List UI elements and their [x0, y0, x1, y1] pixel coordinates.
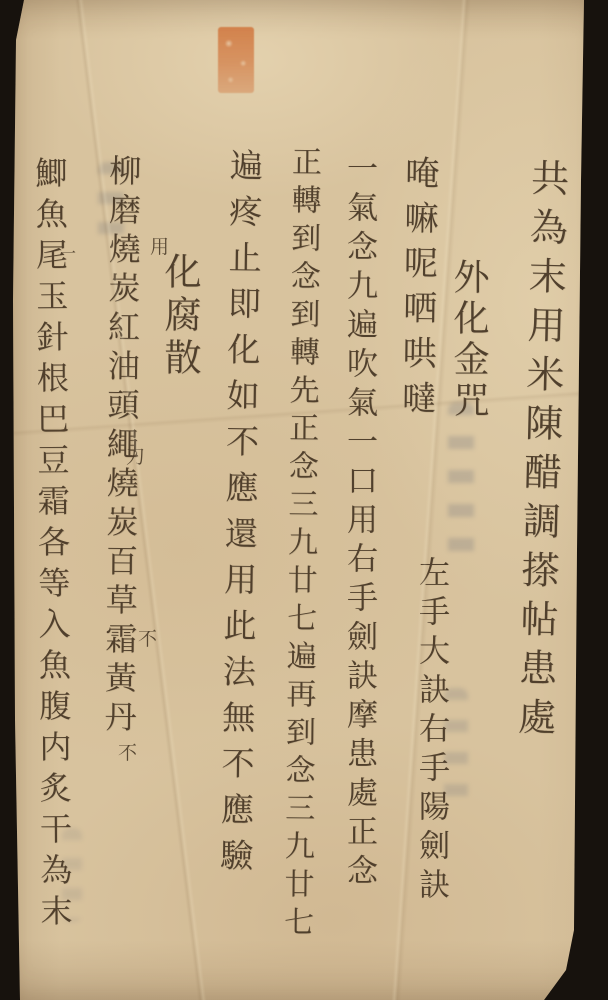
small-annotation: 不 — [118, 744, 137, 763]
column-ingredients-2: 鯽魚尾玉針根巴豆霜各等入魚腹内炙干為末 — [33, 156, 70, 935]
small-annotation: 用 — [150, 238, 169, 257]
column-recitation-instruction-3: 遍疼止即化如不應還用此法無不應驗 — [218, 148, 261, 884]
paper-page: 共為末用米陳醋調搽帖患處 外化金咒 唵嘛呢哂哄噠 左手大訣右手陽劍訣 一氣念九遍… — [0, 0, 608, 1000]
column-hand-mudra-note: 左手大訣右手陽劍訣 — [415, 556, 446, 907]
column-recitation-instruction-1: 一氣念九遍吹氣一口用右手劍訣摩患處正念 — [343, 152, 374, 893]
manuscript-scan: 共為末用米陳醋調搽帖患處 外化金咒 唵嘛呢哂哄噠 左手大訣右手陽劍訣 一氣念九遍… — [0, 0, 608, 1000]
small-annotation: 刀 — [126, 448, 145, 467]
small-annotation: 一 — [60, 246, 76, 262]
small-annotation: 不 — [138, 630, 157, 649]
column-recitation-instruction-2: 正轉到念到轉先正念三九廿七遍再到念三九廿七 — [280, 146, 318, 944]
seal-stamp — [218, 27, 254, 93]
column-title-huafu-powder: 化腐散 — [161, 252, 198, 381]
ink-bleed-mark — [448, 402, 474, 570]
column-mantra: 唵嘛呢哂哄噠 — [398, 155, 436, 425]
column-title-external-gold-spell: 外化金咒 — [450, 258, 486, 422]
column-powder-application: 共為末用米陳醋調搽帖患處 — [514, 158, 566, 747]
